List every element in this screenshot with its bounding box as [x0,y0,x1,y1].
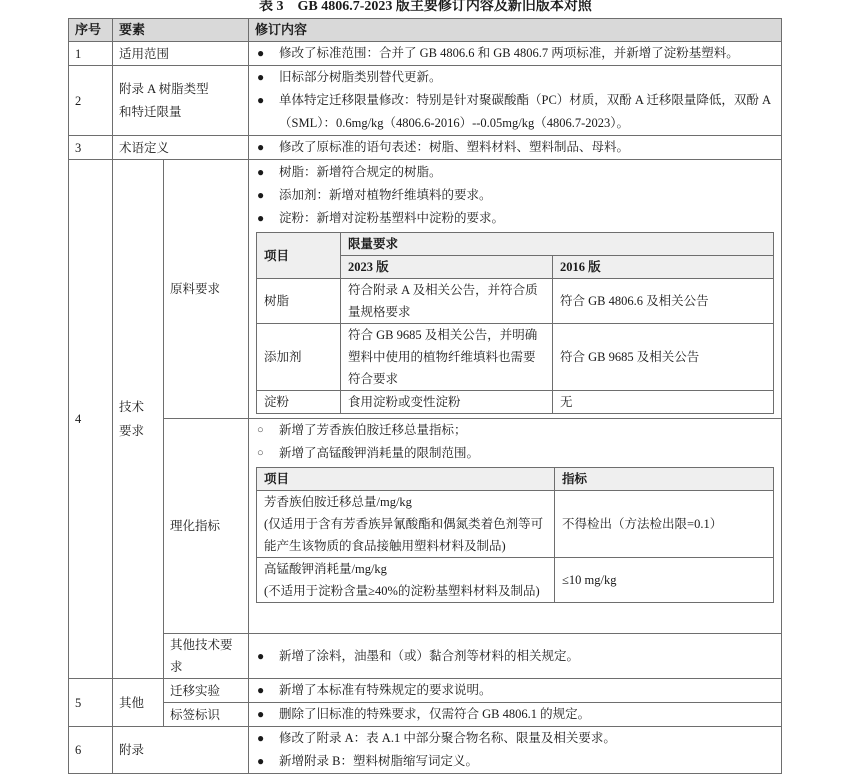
bullet-icon: ● [255,184,279,207]
sub-element-label: 标签标识 [164,703,249,727]
row-content: ●修改了标准范围：合并了 GB 4806.6 和 GB 4806.7 两项标准，… [249,42,782,66]
row-content: ●旧标部分树脂类别替代更新。 ●单体特定迁移限量修改：特别是针对聚碳酸酯（PC）… [249,66,782,136]
table-row: 5 其他 迁移实验 ●新增了本标准有特殊规定的要求说明。 [69,679,782,703]
table-row: 标签标识 ●删除了旧标准的特殊要求，仅需符合 GB 4806.1 的规定。 [69,703,782,727]
inner-header-2016: 2016 版 [553,256,774,279]
inner-row: 树脂 符合附录 A 及相关公告，并符合质量规格要求 符合 GB 4806.6 及… [257,279,774,324]
sub-element-raw: 原料要求 [164,160,249,419]
row-element: 术语定义 [113,136,249,160]
table-row: 3 术语定义 ●修改了原标准的语句表述：树脂、塑料材料、塑料制品、母料。 [69,136,782,160]
row-element: 附录 [113,727,249,774]
inner-row: 高锰酸钾消耗量/mg/kg (不适用于淀粉含量≥40%的淀粉基塑料材料及制品) … [257,558,774,603]
row-element: 其他 [113,679,164,727]
row-no: 2 [69,66,113,136]
inner-header-limit: 限量要求 [341,233,774,256]
inner-row: 添加剂 符合 GB 9685 及相关公告，并明确塑料中使用的植物纤维填料也需要符… [257,324,774,391]
inner-header-item: 项目 [257,468,555,491]
revision-table: 序号 要素 修订内容 1 适用范围 ●修改了标准范围：合并了 GB 4806.6… [68,18,782,774]
ring-bullet-icon: ○ [255,419,279,442]
row-element: 适用范围 [113,42,249,66]
row-content: ●修改了原标准的语句表述：树脂、塑料材料、塑料制品、母料。 [249,136,782,160]
sub-element-other: 其他技术要求 [164,634,249,679]
ring-bullet-icon: ○ [255,442,279,465]
row-no: 1 [69,42,113,66]
inner-header-item: 项目 [257,233,341,279]
header-no: 序号 [69,19,113,42]
sub-element-phys: 理化指标 [164,419,249,634]
row-content: ●修改了附录 A：表 A.1 中部分聚合物名称、限量及相关要求。 ●新增附录 B… [249,727,782,774]
row-content: ●删除了旧标准的特殊要求，仅需符合 GB 4806.1 的规定。 [249,703,782,727]
row-no: 5 [69,679,113,727]
table-caption: 表 3 GB 4806.7-2023 版主要修订内容及新旧版本对照 [0,0,851,17]
row-element: 附录 A 树脂类型 和特迁限量 [113,66,249,136]
table-row: 理化指标 ○新增了芳香族伯胺迁移总量指标； ○新增了高锰酸钾消耗量的限制范围。 … [69,419,782,634]
bullet-icon: ● [255,207,279,230]
row-no: 3 [69,136,113,160]
row-element: 技术 要求 [113,160,164,679]
row-content: ●新增了涂料，油墨和（或）黏合剂等材料的相关规定。 [249,634,782,679]
bullet-icon: ● [255,679,279,702]
inner-header-2023: 2023 版 [341,256,553,279]
table-row: 2 附录 A 树脂类型 和特迁限量 ●旧标部分树脂类别替代更新。 ●单体特定迁移… [69,66,782,136]
table-row: 4 技术 要求 原料要求 ●树脂：新增符合规定的树脂。 ●添加剂：新增对植物纤维… [69,160,782,419]
table-row: 1 适用范围 ●修改了标准范围：合并了 GB 4806.6 和 GB 4806.… [69,42,782,66]
bullet-icon: ● [255,727,279,750]
sub-element-migration: 迁移实验 [164,679,249,703]
row-no: 6 [69,727,113,774]
row-content: ●树脂：新增符合规定的树脂。 ●添加剂：新增对植物纤维填料的要求。 ●淀粉：新增… [249,160,782,419]
table-row: 其他技术要求 ●新增了涂料，油墨和（或）黏合剂等材料的相关规定。 [69,634,782,679]
bullet-icon: ● [255,89,279,112]
bullet-icon: ● [255,66,279,89]
bullet-icon: ● [255,750,279,773]
row-content: ●新增了本标准有特殊规定的要求说明。 [249,679,782,703]
inner-row: 芳香族伯胺迁移总量/mg/kg (仅适用于含有芳香族异氰酸酯和偶氮类着色剂等可能… [257,491,774,558]
bullet-icon: ● [255,161,279,184]
bullet-icon: ● [255,703,279,726]
header-element: 要素 [113,19,249,42]
header-row: 序号 要素 修订内容 [69,19,782,42]
inner-row: 淀粉 食用淀粉或变性淀粉 无 [257,391,774,414]
raw-material-limit-table: 项目 限量要求 2023 版 2016 版 树脂 符合附录 A 及相关公告，并符… [256,232,774,414]
inner-header-index: 指标 [555,468,774,491]
row-content: ○新增了芳香族伯胺迁移总量指标； ○新增了高锰酸钾消耗量的限制范围。 项目 指标… [249,419,782,634]
table-row: 6 附录 ●修改了附录 A：表 A.1 中部分聚合物名称、限量及相关要求。 ●新… [69,727,782,774]
bullet-icon: ● [255,42,279,65]
bullet-icon: ● [255,645,279,668]
row-no: 4 [69,160,113,679]
header-content: 修订内容 [249,19,782,42]
physicochemical-index-table: 项目 指标 芳香族伯胺迁移总量/mg/kg (仅适用于含有芳香族异氰酸酯和偶氮类… [256,467,774,603]
bullet-icon: ● [255,136,279,159]
